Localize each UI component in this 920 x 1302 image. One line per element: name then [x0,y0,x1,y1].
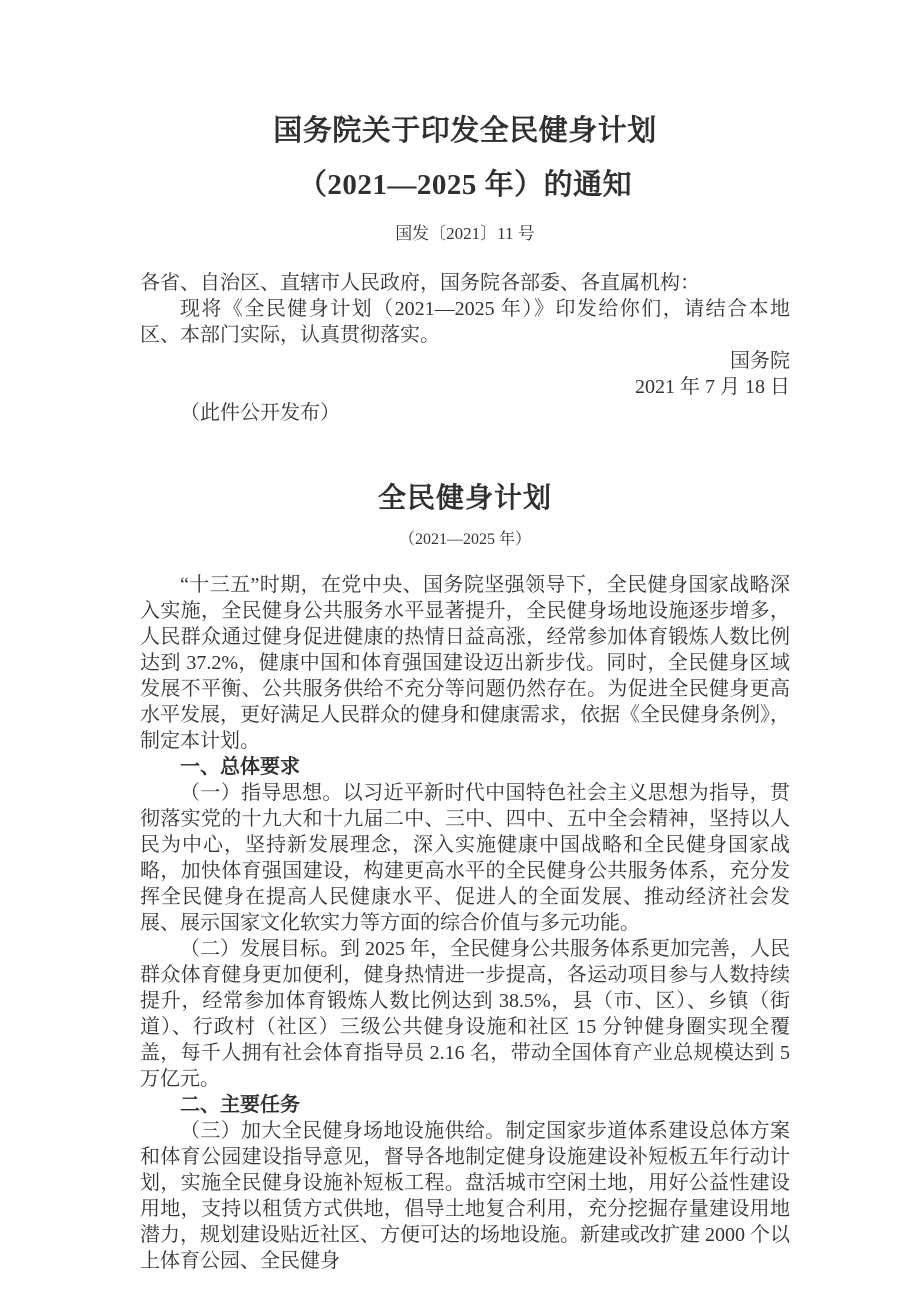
plan-body: “十三五”时期，在党中央、国务院坚强领导下，全民健身国家战略深入实施，全民健身公… [140,572,790,1274]
section-heading-main-tasks: 二、主要任务 [140,1092,790,1118]
notice-date: 2021 年 7 月 18 日 [140,374,790,400]
plan-section: 全民健身计划 （2021—2025 年） “十三五”时期，在党中央、国务院坚强领… [140,482,790,1274]
plan-paragraph-facilities-supply: （三）加大全民健身场地设施供给。制定国家步道体系建设总体方案和体育公园建设指导意… [140,1118,790,1274]
notice-publish-note: （此件公开发布） [140,400,790,426]
document-title-line2: （2021—2025 年）的通知 [140,170,790,200]
notice-issuer: 国务院 [140,348,790,374]
plan-paragraph-guiding-ideology: （一）指导思想。以习近平新时代中国特色社会主义思想为指导，贯彻落实党的十九大和十… [140,780,790,936]
notice-section: 各省、自治区、直辖市人民政府，国务院各部委、各直属机构： 现将《全民健身计划（2… [140,270,790,426]
document-number: 国发〔2021〕11 号 [140,224,790,244]
notice-body: 现将《全民健身计划（2021—2025 年）》印发给你们，请结合本地区、本部门实… [140,296,790,348]
section-heading-overall-requirements: 一、总体要求 [140,754,790,780]
plan-subtitle: （2021—2025 年） [140,529,790,551]
plan-paragraph-development-goals: （二）发展目标。到 2025 年，全民健身公共服务体系更加完善，人民群众体育健身… [140,936,790,1092]
notice-salutation: 各省、自治区、直辖市人民政府，国务院各部委、各直属机构： [140,270,790,296]
document-title-line1: 国务院关于印发全民健身计划 [140,116,790,146]
document-page: 国务院关于印发全民健身计划 （2021—2025 年）的通知 国发〔2021〕1… [0,0,920,1302]
document-header: 国务院关于印发全民健身计划 （2021—2025 年）的通知 国发〔2021〕1… [140,116,790,244]
plan-intro-paragraph: “十三五”时期，在党中央、国务院坚强领导下，全民健身国家战略深入实施，全民健身公… [140,572,790,754]
plan-title: 全民健身计划 [140,482,790,516]
